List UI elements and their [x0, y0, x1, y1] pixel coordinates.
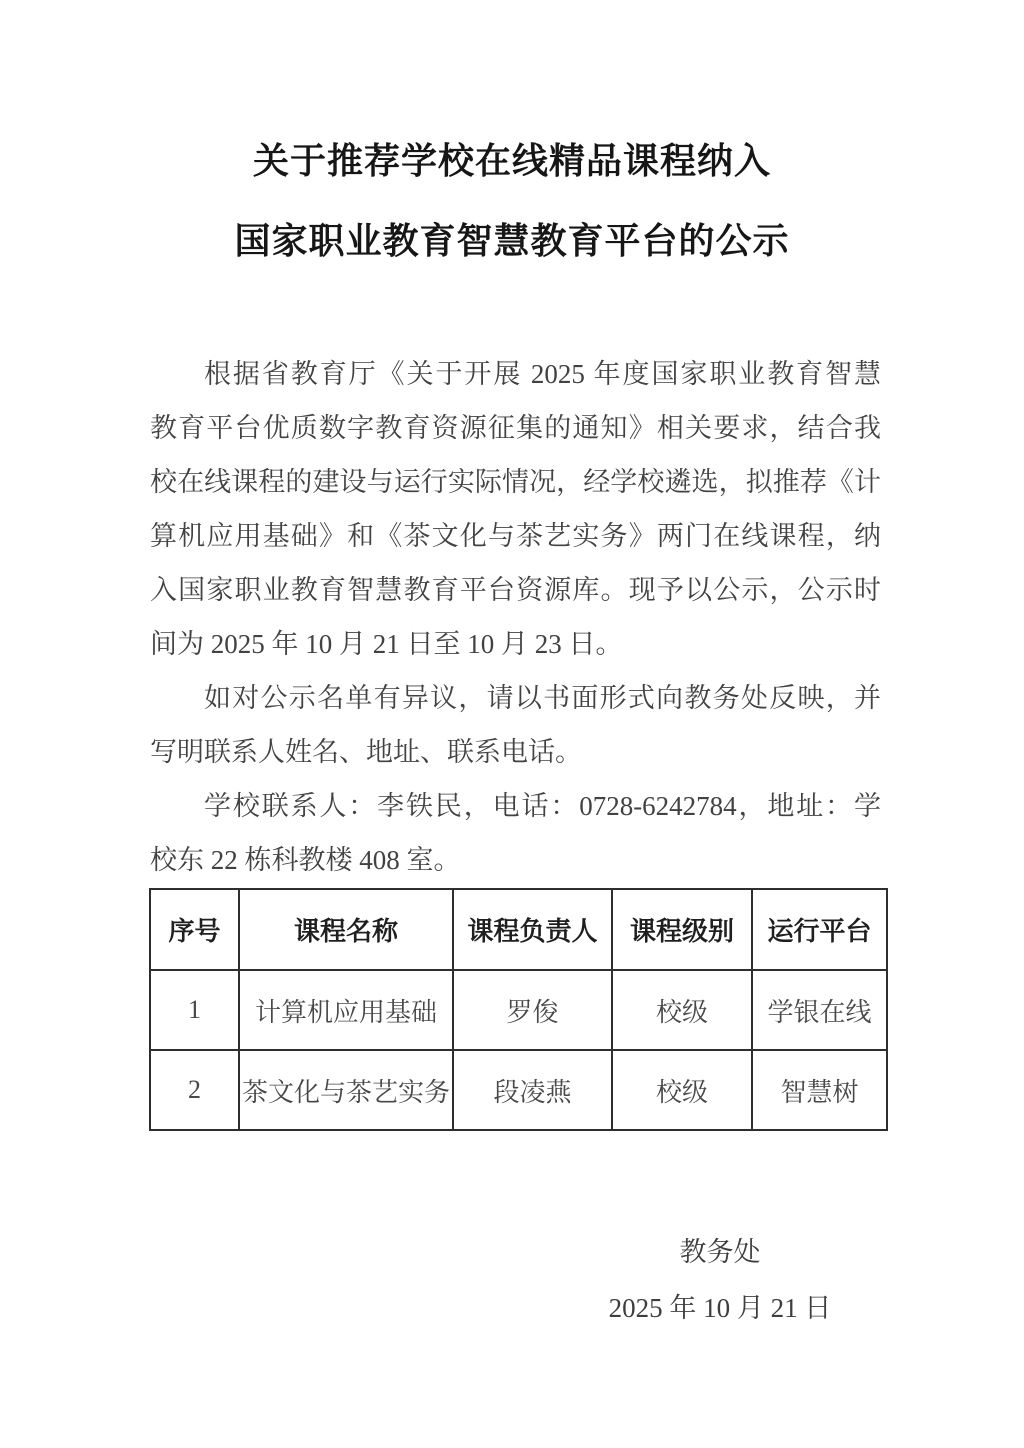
table-cell-course-level: 校级 — [612, 1050, 752, 1130]
table-header-cell: 序号 — [150, 889, 239, 970]
body-line: 算机应用基础》和《茶文化与茶艺实务》两门在线课程，纳 — [150, 509, 881, 563]
body-line: 间为 2025 年 10 月 21 日至 10 月 23 日。 — [150, 617, 881, 671]
body-line: 校在线课程的建设与运行实际情况，经学校遴选，拟推荐《计 — [150, 455, 881, 509]
document-title-line-1: 关于推荐学校在线精品课程纳入 — [0, 137, 1024, 185]
courses-table: 序号 课程名称 课程负责人 课程级别 运行平台 1 计算机应用基础 罗俊 校级 … — [149, 888, 888, 1131]
table-cell-platform: 学银在线 — [752, 970, 887, 1050]
table-header-cell: 运行平台 — [752, 889, 887, 970]
table-header-cell: 课程负责人 — [453, 889, 612, 970]
table-cell-course-leader: 段凌燕 — [453, 1050, 612, 1130]
table-header-cell: 课程级别 — [612, 889, 752, 970]
table-cell-index: 2 — [150, 1050, 239, 1130]
body-line: 根据省教育厅《关于开展 2025 年度国家职业教育智慧 — [150, 347, 881, 401]
table-row: 2 茶文化与茶艺实务 段凌燕 校级 智慧树 — [150, 1050, 887, 1130]
table-cell-course-level: 校级 — [612, 970, 752, 1050]
table-row: 1 计算机应用基础 罗俊 校级 学银在线 — [150, 970, 887, 1050]
table-cell-course-name: 计算机应用基础 — [239, 970, 453, 1050]
table-cell-course-leader: 罗俊 — [453, 970, 612, 1050]
body-line: 入国家职业教育智慧教育平台资源库。现予以公示，公示时 — [150, 563, 881, 617]
body-line: 教育平台优质数字教育资源征集的通知》相关要求，结合我 — [150, 401, 881, 455]
table-header-row: 序号 课程名称 课程负责人 课程级别 运行平台 — [150, 889, 887, 970]
body-line: 学校联系人：李铁民，电话：0728-6242784，地址：学 — [150, 779, 881, 833]
table-header-cell: 课程名称 — [239, 889, 453, 970]
notice-document-page: 关于推荐学校在线精品课程纳入 国家职业教育智慧教育平台的公示 根据省教育厅《关于… — [0, 0, 1024, 1448]
body-line: 写明联系人姓名、地址、联系电话。 — [150, 725, 881, 779]
signature-date: 2025 年 10 月 21 日 — [440, 1281, 1000, 1335]
body-line: 校东 22 栋科教楼 408 室。 — [150, 833, 881, 887]
body-paragraphs: 根据省教育厅《关于开展 2025 年度国家职业教育智慧 教育平台优质数字教育资源… — [150, 347, 881, 887]
table-cell-platform: 智慧树 — [752, 1050, 887, 1130]
signature-block: 教务处 2025 年 10 月 21 日 — [440, 1225, 1000, 1335]
body-line: 如对公示名单有异议，请以书面形式向教务处反映，并 — [150, 671, 881, 725]
table-cell-course-name: 茶文化与茶艺实务 — [239, 1050, 453, 1130]
signature-department: 教务处 — [440, 1225, 1000, 1279]
table-cell-index: 1 — [150, 970, 239, 1050]
document-title-line-2: 国家职业教育智慧教育平台的公示 — [0, 217, 1024, 265]
